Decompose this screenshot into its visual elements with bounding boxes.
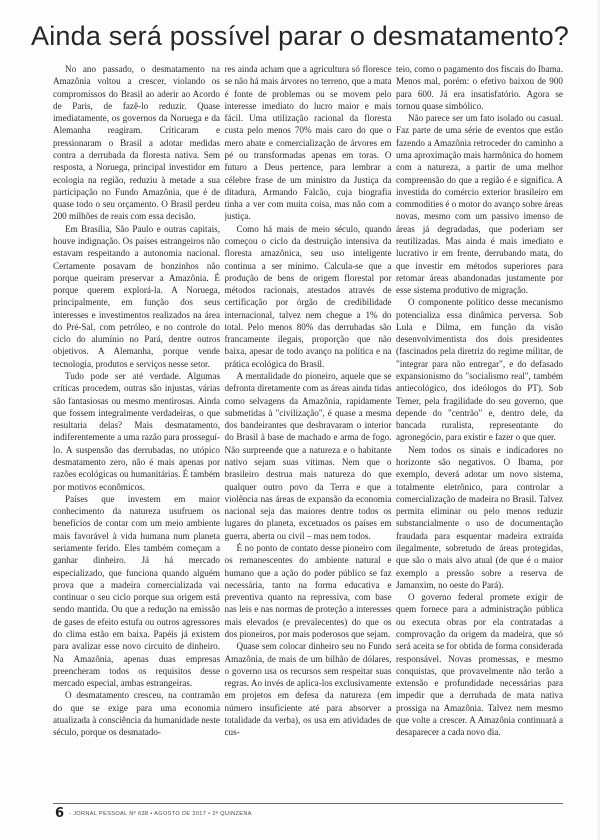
paragraph: Nem todos os sinais e indicadores no hor… xyxy=(396,444,563,591)
publication-info: - Jornal Pessoal Nº 638 • Agosto de 2017… xyxy=(69,807,252,821)
scan-edge-shadow xyxy=(596,0,600,840)
paragraph: Como há mais de meio século, quando come… xyxy=(225,223,392,370)
paragraph: O desmatamento cresceu, na contramão do … xyxy=(53,689,220,738)
paragraph: O componente político desse mecanismo po… xyxy=(396,296,563,443)
paragraph: É no ponto de contato desse pioneiro com… xyxy=(225,542,392,640)
paragraph: A mentalidade do pioneiro, aquele que se… xyxy=(225,370,392,542)
paragraph: Quase sem colocar dinheiro seu no Fundo … xyxy=(225,640,392,738)
paragraph: Tudo pode ser até verdade. Algumas críti… xyxy=(53,370,220,493)
paragraph: Não parece ser um fato isolado ou casual… xyxy=(396,112,563,296)
paragraph: Países que investem em maior conheciment… xyxy=(53,493,220,690)
article-body: No ano passado, o desmatamento na Amazôn… xyxy=(53,63,563,793)
paragraph: No ano passado, o desmatamento na Amazôn… xyxy=(53,63,220,223)
article-column-3: teio, como o pagamento dos fiscais do Ib… xyxy=(396,63,563,793)
paragraph: O governo federal promete exigir de quem… xyxy=(396,591,563,738)
article-column-1: No ano passado, o desmatamento na Amazôn… xyxy=(53,63,220,793)
page-number: 6 xyxy=(55,807,64,821)
footer-divider xyxy=(53,803,563,804)
article-title: Ainda será possível parar o desmatamento… xyxy=(0,19,600,53)
paragraph-continued: res ainda acham que a agricultura só flo… xyxy=(225,63,392,223)
paragraph: Em Brasília, São Paulo e outras capitais… xyxy=(53,223,220,370)
page-footer: 6 - Jornal Pessoal Nº 638 • Agosto de 20… xyxy=(55,807,252,821)
paragraph-continued: teio, como o pagamento dos fiscais do Ib… xyxy=(396,63,563,112)
article-column-2: res ainda acham que a agricultura só flo… xyxy=(225,63,392,793)
